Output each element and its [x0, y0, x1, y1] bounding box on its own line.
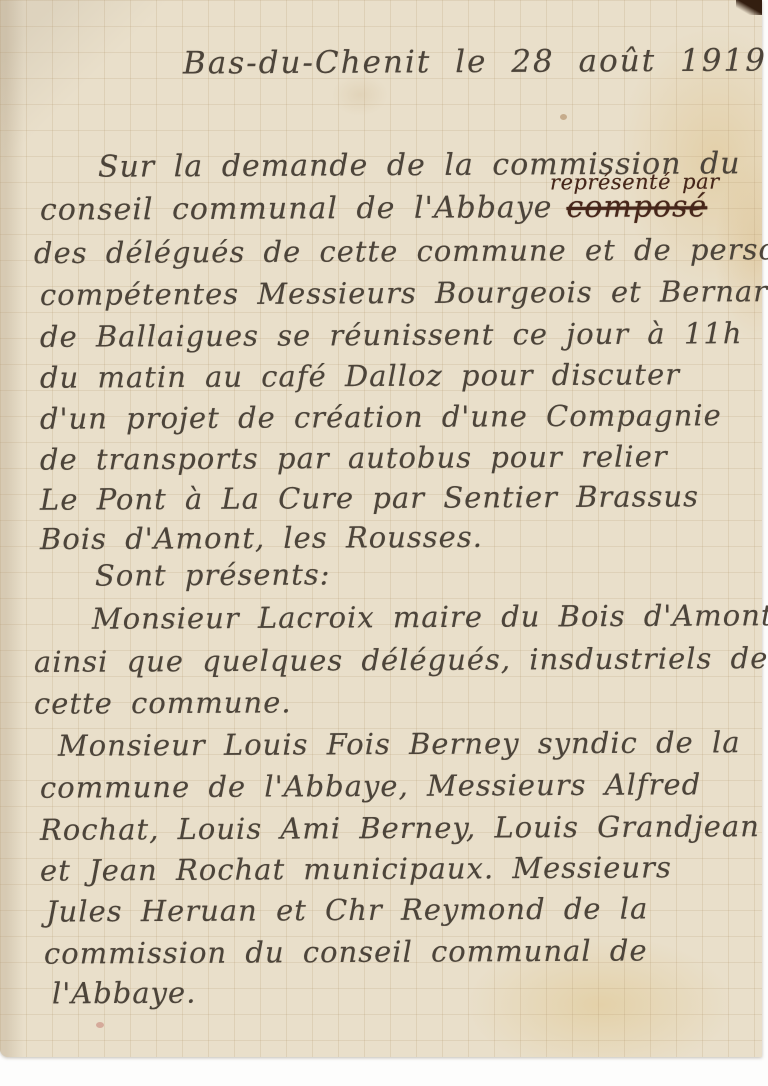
- line-text: commune de l'Abbaye, Messieurs Alfred: [40, 767, 701, 804]
- handwritten-line: conseil communal de l'Abbayecomposé: [40, 189, 707, 227]
- line-text: l'Abbaye.: [52, 976, 197, 1011]
- line-text: compétentes Messieurs Bourgeois et Berna…: [40, 274, 768, 312]
- line-text: de Ballaigues se réunissent ce jour à 11…: [40, 316, 743, 354]
- handwritten-line: ainsi que quelques délégués, insdustriel…: [34, 641, 768, 679]
- handwritten-line: compétentes Messieurs Bourgeois et Berna…: [40, 274, 768, 312]
- handwritten-line: commune de l'Abbaye, Messieurs Alfred: [40, 767, 701, 804]
- line-text: Bas-du-Chenit le 28 août 1919.: [183, 42, 768, 81]
- handwritten-line: Bois d'Amont, les Rousses.: [40, 520, 483, 556]
- handwritten-line: et Jean Rochat municipaux. Messieurs: [40, 850, 672, 887]
- line-text: Jules Heruan et Chr Reymond de la: [46, 891, 648, 928]
- handwritten-line: de transports par autobus pour relier: [40, 439, 668, 476]
- line-text: et Jean Rochat municipaux. Messieurs: [40, 850, 672, 887]
- line-text: conseil communal de l'Abbaye: [40, 190, 553, 228]
- handwritten-line: du matin au café Dalloz pour discuter: [40, 357, 680, 394]
- handwritten-line: d'un projet de création d'une Compagnie: [40, 398, 722, 436]
- line-text: cette commune.: [34, 685, 292, 720]
- line-text: Monsieur Lacroix maire du Bois d'Amont: [92, 598, 768, 636]
- struck-word: composé: [566, 189, 707, 225]
- line-text: Sont présents:: [95, 557, 331, 592]
- line-text: d'un projet de création d'une Compagnie: [40, 398, 722, 436]
- handwritten-line: l'Abbaye.: [52, 976, 197, 1011]
- handwritten-line: de Ballaigues se réunissent ce jour à 11…: [40, 316, 743, 354]
- line-text: de transports par autobus pour relier: [40, 439, 668, 476]
- handwritten-line: des délégués de cette commune et de pers…: [34, 232, 768, 270]
- line-text: ainsi que quelques délégués, insdustriel…: [34, 641, 768, 679]
- handwritten-line: Rochat, Louis Ami Berney, Louis Grandjea…: [40, 809, 760, 847]
- handwritten-text: Bas-du-Chenit le 28 août 1919.Sur la dem…: [0, 0, 762, 1057]
- manuscript-page: Bas-du-Chenit le 28 août 1919.Sur la dem…: [0, 0, 762, 1057]
- line-text: Monsieur Louis Fois Berney syndic de la: [58, 725, 741, 763]
- dateline: Bas-du-Chenit le 28 août 1919.: [183, 42, 768, 81]
- handwritten-line: Monsieur Louis Fois Berney syndic de la: [58, 725, 741, 763]
- handwritten-line: Le Pont à La Cure par Sentier Brassus: [40, 479, 699, 516]
- handwritten-line: Monsieur Lacroix maire du Bois d'Amont: [92, 598, 768, 636]
- handwritten-line: Jules Heruan et Chr Reymond de la: [46, 891, 648, 928]
- line-text: des délégués de cette commune et de pers…: [34, 232, 768, 270]
- line-text: Bois d'Amont, les Rousses.: [40, 520, 483, 556]
- line-text: Le Pont à La Cure par Sentier Brassus: [40, 479, 699, 516]
- line-text: commission du conseil communal de: [44, 933, 648, 970]
- handwritten-line: Sont présents:: [95, 557, 331, 592]
- line-text: Rochat, Louis Ami Berney, Louis Grandjea…: [40, 809, 760, 847]
- line-text: du matin au café Dalloz pour discuter: [40, 357, 680, 394]
- handwritten-line: cette commune.: [34, 685, 292, 720]
- handwritten-line: commission du conseil communal de: [44, 933, 648, 970]
